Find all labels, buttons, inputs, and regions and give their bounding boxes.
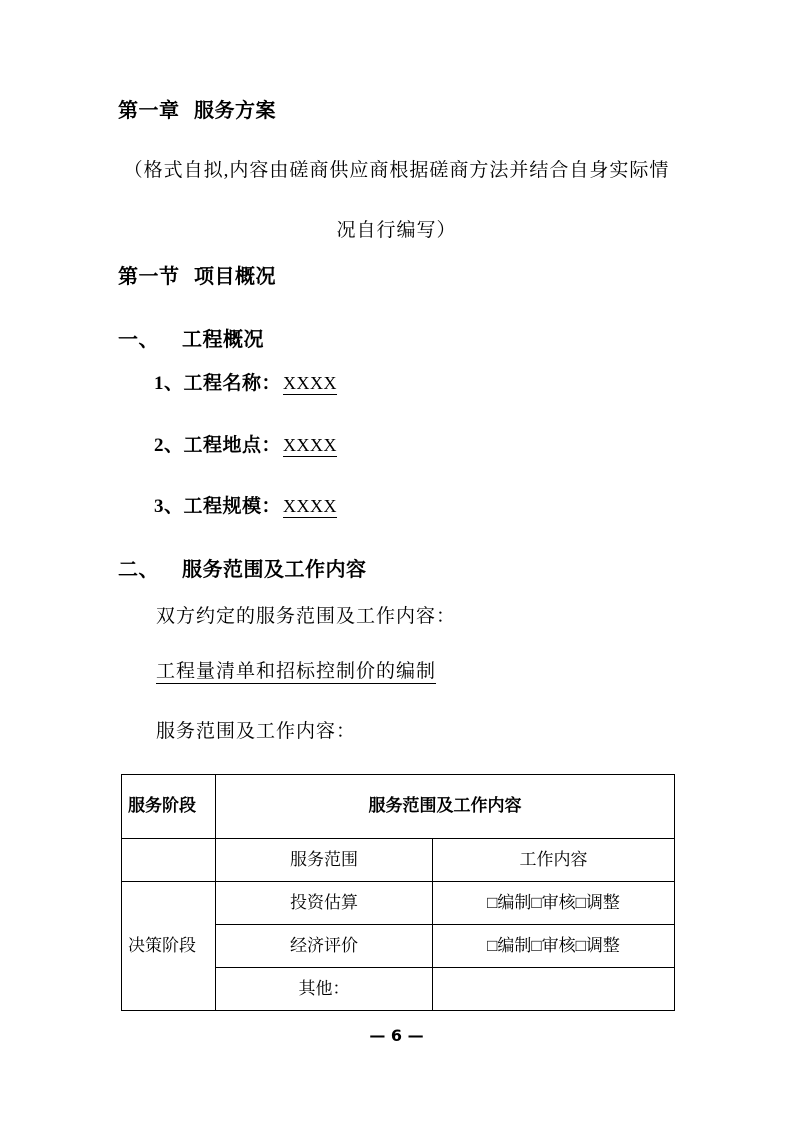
- item-project-name: 1、工程名称：XXXX: [154, 368, 339, 395]
- work-cell-economic-evaluation-checkboxes: □编制□审核□调整: [433, 925, 675, 968]
- table-row-investment-estimate: 决策阶段 投资估算 □编制□审核□调整: [122, 882, 675, 925]
- service-scope-table: 服务阶段 服务范围及工作内容 服务范围 工作内容 决策阶段 投资估算 □编制□审…: [121, 774, 675, 1011]
- subsection-1-number: 一、: [118, 323, 182, 352]
- header-cell-service-stage: 服务阶段: [122, 775, 216, 839]
- section-number: 第一节: [118, 260, 194, 289]
- scope-cell-other: 其他：: [216, 968, 433, 1011]
- subheader-cell-scope: 服务范围: [216, 839, 433, 882]
- underlined-boq-line: 工程量清单和招标控制价的编制: [156, 656, 436, 683]
- subsection-1-title: 工程概况: [182, 329, 264, 351]
- subheader-cell-work: 工作内容: [433, 839, 675, 882]
- item-project-name-value: XXXX: [281, 373, 339, 393]
- item-project-scale-label: 3、工程规模：: [154, 496, 281, 517]
- item-project-scale: 3、工程规模：XXXX: [154, 491, 339, 518]
- subsection-1-heading: 一、工程概况: [118, 323, 264, 352]
- header-cell-scope-and-work: 服务范围及工作内容: [216, 775, 675, 839]
- scope-cell-economic-evaluation: 经济评价: [216, 925, 433, 968]
- note-paragraph: （格式自拟,内容由磋商供应商根据磋商方法并结合自身实际情 况自行编写）: [0, 141, 793, 261]
- subheader-cell-empty: [122, 839, 216, 882]
- page-number: — 6 —: [0, 1026, 793, 1045]
- paragraph-agreed-scope: 双方约定的服务范围及工作内容：: [156, 601, 456, 628]
- table-subheader-row: 服务范围 工作内容: [122, 839, 675, 882]
- chapter-number: 第一章: [118, 94, 194, 123]
- note-paragraph-line2: 况自行编写）: [0, 201, 793, 261]
- work-cell-other: [433, 968, 675, 1011]
- work-cell-investment-estimate-checkboxes: □编制□审核□调整: [433, 882, 675, 925]
- section-heading: 第一节项目概况: [118, 260, 276, 289]
- scope-cell-investment-estimate: 投资估算: [216, 882, 433, 925]
- item-project-location-value: XXXX: [281, 435, 339, 455]
- subsection-2-number: 二、: [118, 553, 182, 582]
- stage-group-cell-decision-phase: 决策阶段: [122, 882, 216, 1011]
- item-project-scale-value: XXXX: [281, 496, 339, 516]
- note-paragraph-line1: （格式自拟,内容由磋商供应商根据磋商方法并结合自身实际情: [0, 141, 793, 201]
- table-header-row: 服务阶段 服务范围及工作内容: [122, 775, 675, 839]
- item-project-location-label: 2、工程地点：: [154, 435, 281, 456]
- document-page: 第一章服务方案 （格式自拟,内容由磋商供应商根据磋商方法并结合自身实际情 况自行…: [0, 0, 793, 1122]
- chapter-heading: 第一章服务方案: [118, 94, 276, 123]
- paragraph-scope-intro: 服务范围及工作内容：: [156, 716, 356, 743]
- item-project-name-label: 1、工程名称：: [154, 373, 281, 394]
- subsection-2-heading: 二、服务范围及工作内容: [118, 553, 367, 582]
- subsection-2-title: 服务范围及工作内容: [182, 559, 367, 581]
- section-title: 项目概况: [194, 266, 276, 288]
- chapter-title: 服务方案: [194, 100, 276, 122]
- item-project-location: 2、工程地点：XXXX: [154, 430, 339, 457]
